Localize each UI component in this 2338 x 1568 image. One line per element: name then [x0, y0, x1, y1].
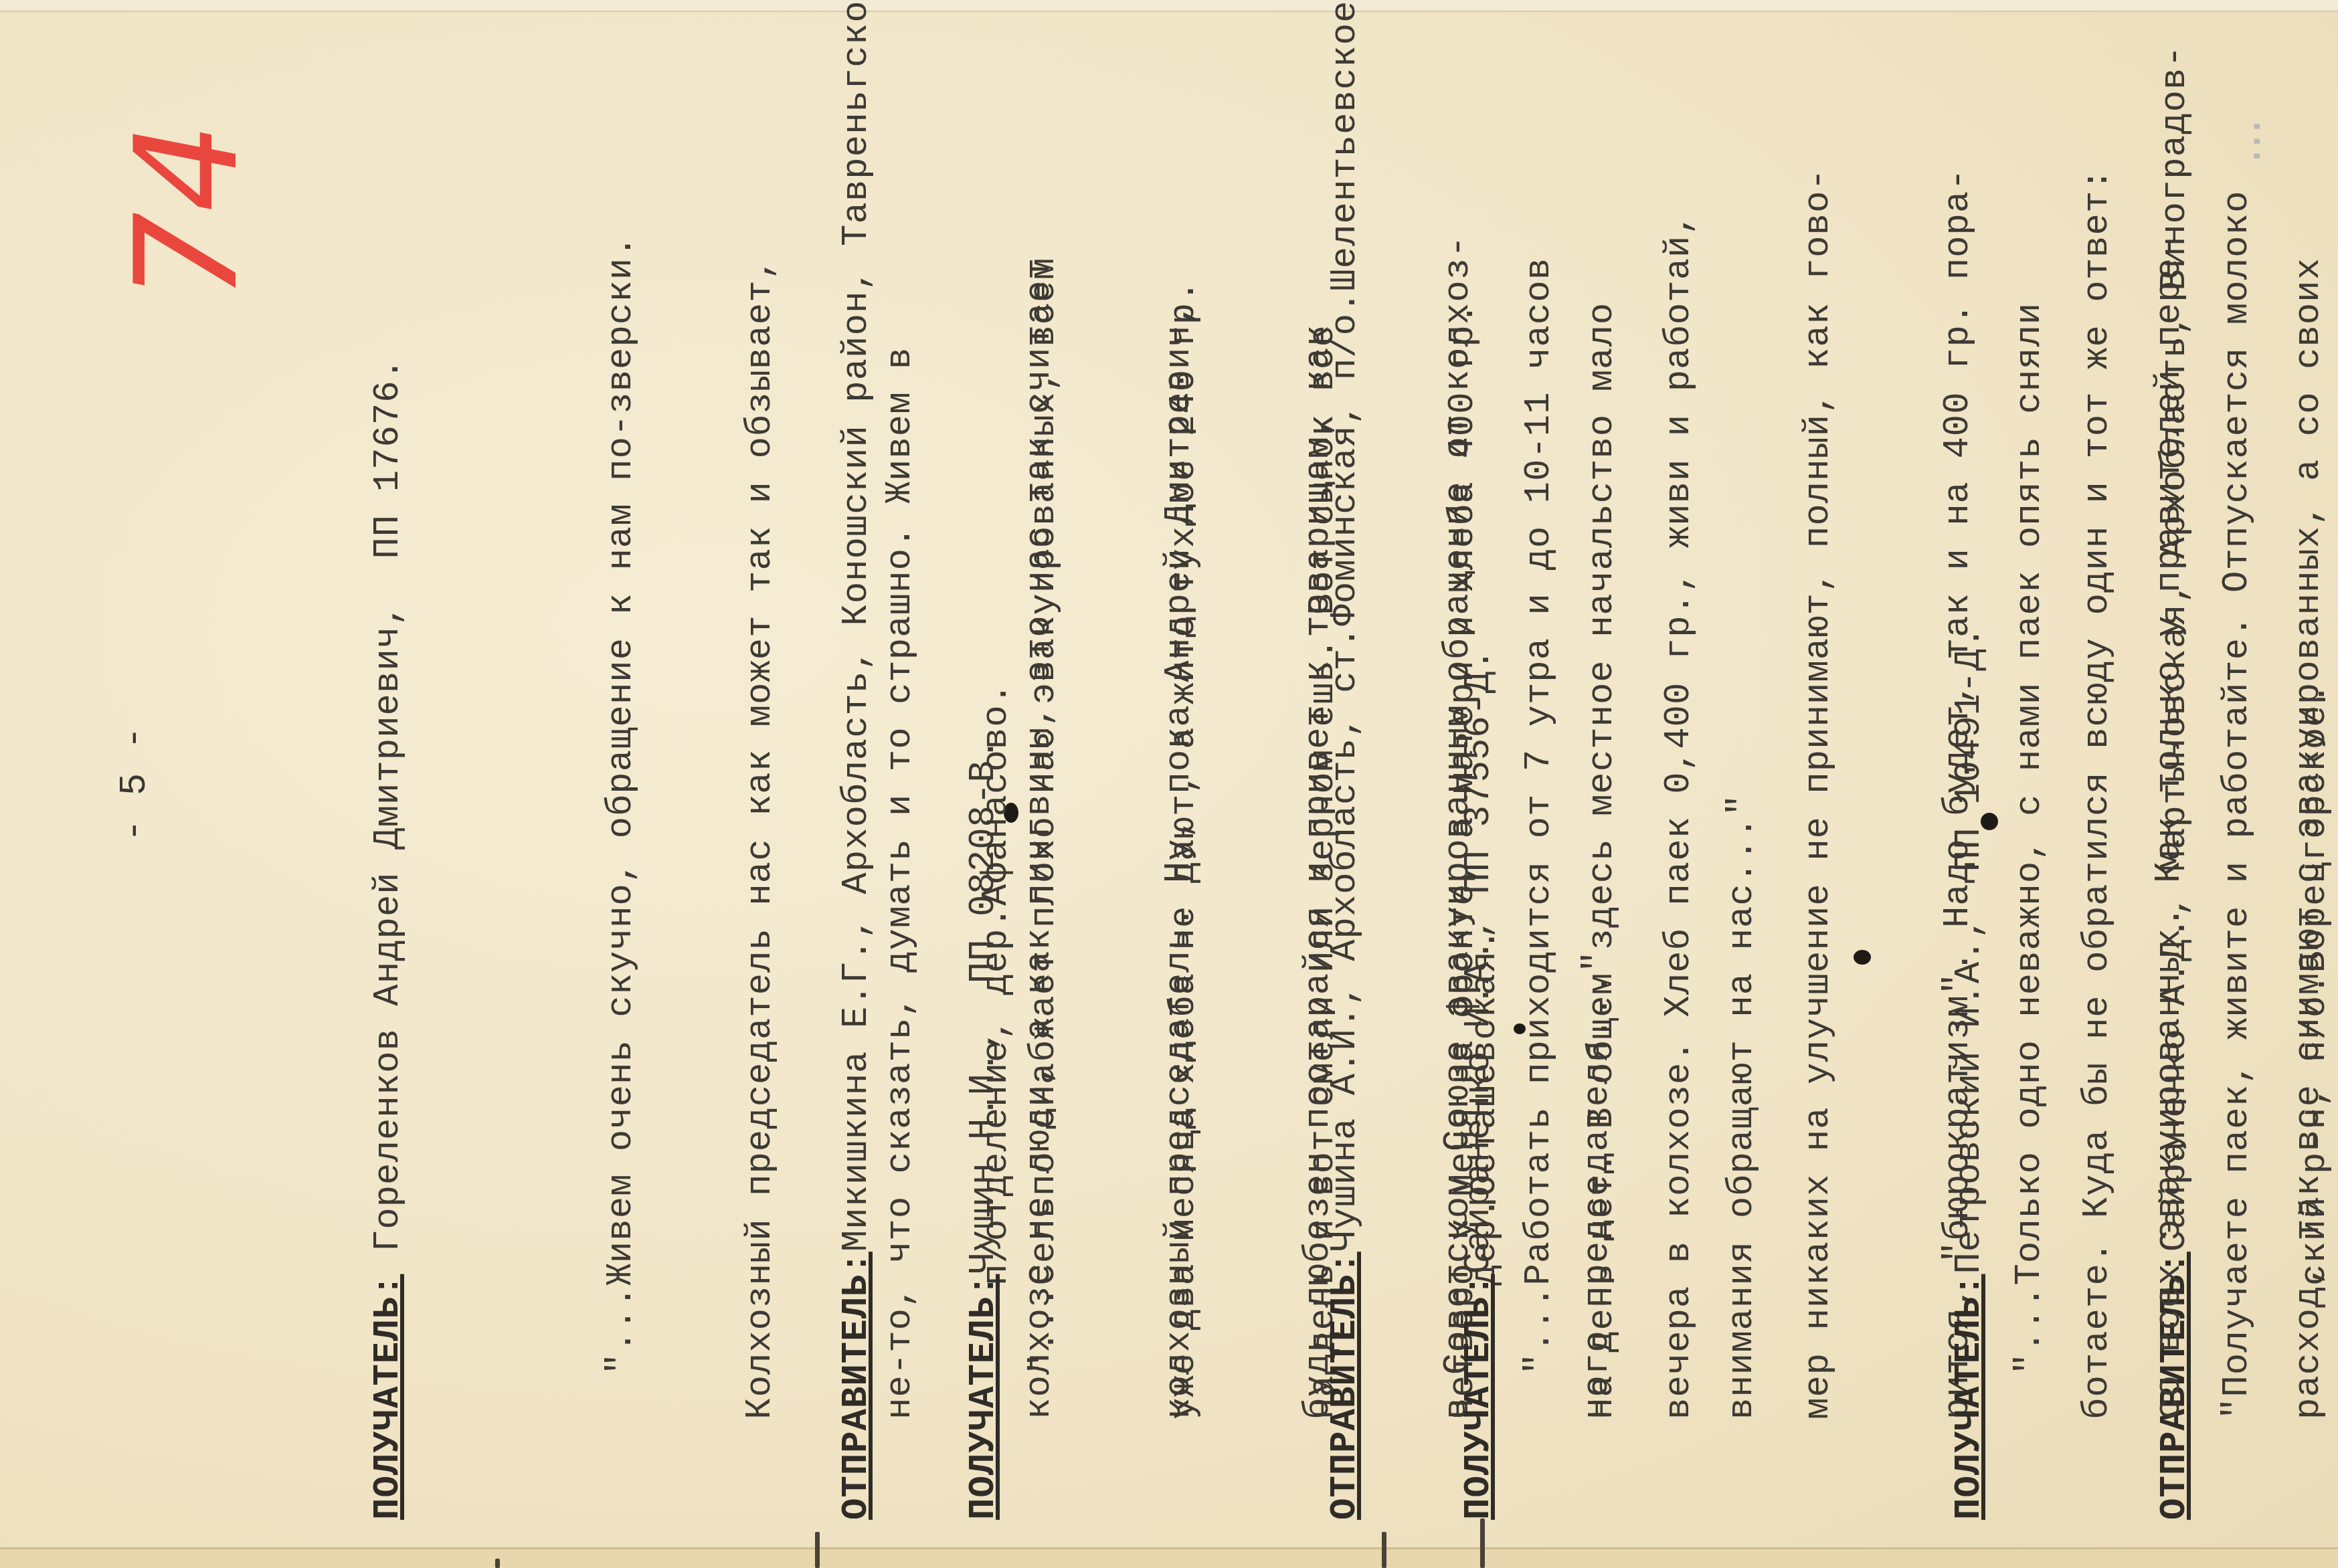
quote-line: "...Живем очень скучно, обращение к нам …: [598, 235, 645, 1419]
binding-thread: [815, 1532, 820, 1568]
quote-line: вечера в колхозе. Хлеб паек 0,400 гр., ж…: [1656, 146, 1703, 1419]
entry-header: Гореленков Андрей Дмитриевич, ПП 17676.: [368, 358, 409, 1274]
binding-thread: [495, 1559, 500, 1568]
quote-line: "...Сельпо снабжает плохо нас эвакуирова…: [1021, 258, 1068, 1419]
document-page-continued: ПОЛУЧАТЕЛЬ:Петровский И.А., ПП 10491-Д. …: [1854, 48, 2255, 1520]
binding-thread: [1382, 1532, 1386, 1568]
paper-bottom-edge: [0, 1547, 2338, 1568]
quote-line: расход, так все снимают с эвакуированных…: [2286, 79, 2333, 1419]
quote-line: "...Работать приходится от 7 утра и до 1…: [1516, 146, 1563, 1419]
binding-thread: [1480, 1518, 1485, 1568]
entry-header: Чушина А.И., Архобласть, ст.Фоминская, п…: [1325, 0, 1366, 1252]
paper-top-edge: [0, 0, 2338, 12]
quote-line: со всех эвакуированных. Как только у пра…: [2147, 79, 2193, 1419]
folio-number: 74: [100, 127, 274, 301]
quote-line: мер никаких на улучшение не принимают, п…: [1795, 146, 1842, 1419]
role-label: ОТПРАВИТЕЛЬ:: [1325, 1252, 1366, 1520]
scanned-archive-page: - 5 - ПОЛУЧАТЕЛЬ: Гореленков Андрей Дмит…: [0, 0, 2338, 1568]
quote-line: уже два месяца хлеба не дают, а жито тух…: [1161, 258, 1208, 1419]
quote-petrovsky: "...Только одно неважно, с нами паек опя…: [1914, 79, 2338, 1520]
role-label: ПОЛУЧАТЕЛЬ:: [368, 1274, 409, 1520]
quote-line: "...Только одно неважно, с нами паек опя…: [2007, 79, 2054, 1419]
pencil-annotation: ...: [2216, 119, 2271, 164]
document-page: - 5 - ПОЛУЧАТЕЛЬ: Гореленков Андрей Дмит…: [31, 48, 2173, 1520]
